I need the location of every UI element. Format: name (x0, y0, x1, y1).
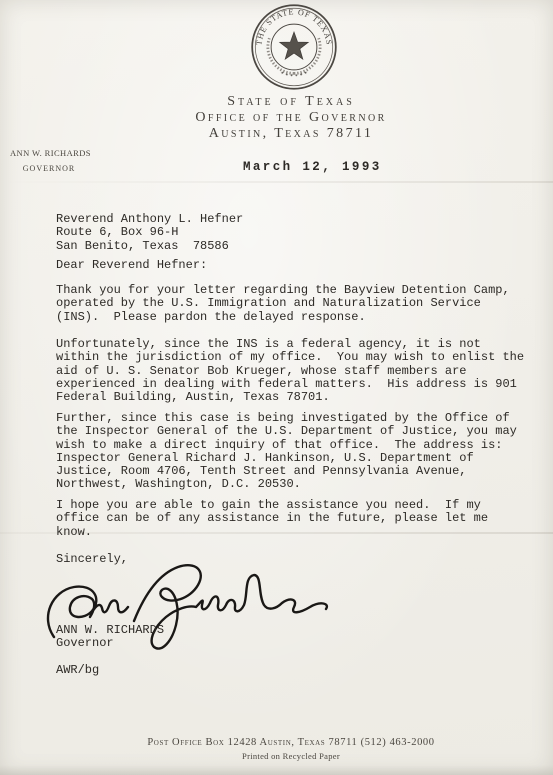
official-title: GOVERNOR (10, 164, 88, 173)
letterhead-state: State of Texas (29, 94, 553, 110)
official-name: ANN W. RICHARDS (10, 148, 88, 158)
footer-recycled-note: Printed on Recycled Paper (29, 751, 553, 761)
letterhead-official: ANN W. RICHARDS GOVERNOR (10, 148, 88, 173)
body-paragraph-2: Unfortunately, since the INS is a federa… (56, 338, 524, 404)
recipient-address: Reverend Anthony L. Hefner Route 6, Box … (56, 213, 243, 253)
footer-address: Post Office Box 12428 Austin, Texas 7871… (29, 737, 553, 748)
body-paragraph-1: Thank you for your letter regarding the … (56, 284, 510, 324)
reference-initials: AWR/bg (56, 664, 99, 677)
letterhead-city: Austin, Texas 78711 (29, 126, 553, 142)
seal-star-icon (280, 32, 309, 59)
texas-state-seal-icon: THE STATE OF TEXAS ✶ ✶ ✶ ✶ ✶ ✶ (250, 3, 338, 91)
scanned-letter-page: THE STATE OF TEXAS ✶ ✶ ✶ ✶ ✶ ✶ State of … (0, 0, 553, 775)
body-paragraph-4: I hope you are able to gain the assistan… (56, 499, 488, 539)
salutation: Dear Reverend Hefner: (56, 259, 207, 272)
letterhead-footer: Post Office Box 12428 Austin, Texas 7871… (29, 737, 553, 761)
paper-crease-top (0, 181, 553, 183)
letterhead-office: Office of the Governor (29, 110, 553, 126)
letter-date: March 12, 1993 (243, 161, 382, 174)
body-paragraph-3: Further, since this case is being invest… (56, 412, 517, 492)
typed-signature-block: ANN W. RICHARDS Governor (56, 624, 164, 651)
scan-edge-shadow (0, 765, 553, 775)
